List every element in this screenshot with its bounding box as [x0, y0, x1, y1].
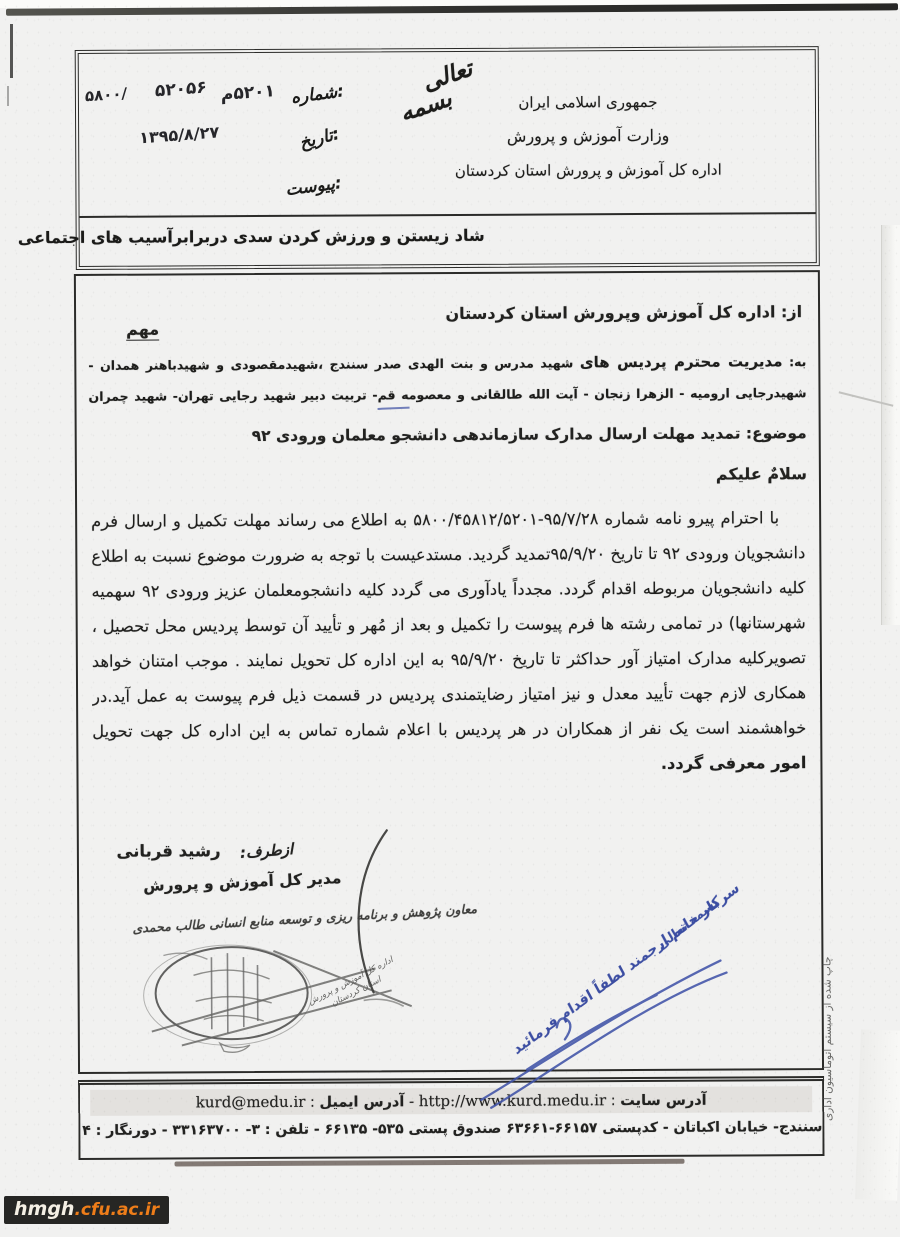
slogan-divider	[80, 212, 816, 218]
greeting: سلامٌ علیکم	[716, 464, 807, 483]
signer-name: رشید قربانی	[116, 841, 220, 861]
paragraph-line: خواهشمند است یک نفر از همکاران در هر پرد…	[92, 710, 806, 749]
recipients-line-1: به: مدیریت محترم پردیس های شهید مدرس و ب…	[88, 346, 806, 381]
signature-line: ازطرف: رشید قربانی	[116, 841, 292, 861]
recipients-block: به: مدیریت محترم پردیس های شهید مدرس و ب…	[88, 346, 806, 412]
attachment-label: پیوست:	[284, 173, 342, 200]
separator: -	[404, 1094, 419, 1110]
handwritten-number-part2: ۵۲۰۵۶	[155, 77, 207, 101]
paragraph-line: تصویرکلیه مدارک امتیاز آور حداکثر تا تار…	[92, 640, 806, 679]
automation-margin-note: چاپ شده از سیستم اتوماسیون اداری	[821, 956, 834, 1166]
to-emphasized: مدیریت محترم پردیس های	[580, 352, 783, 371]
subject-line: موضوع: تمدید مهلت ارسال مدارک سازماندهی …	[252, 424, 807, 445]
paragraph-line: دانشجویان ورودی ۹۲ تا تاریخ ۹۵/۹/۲۰تمدید…	[91, 535, 805, 574]
footer-address-line: سنندج- خیابان اکباتان - کدپستی ۶۶۱۵۷-۶۳۶…	[80, 1119, 822, 1139]
paragraph-line: کلیه دانشجویان مربوطه اقدام گردد. مجدداً…	[91, 570, 805, 609]
to-label: به:	[789, 354, 806, 369]
footer-ink-smear	[175, 1159, 685, 1167]
on-behalf-label: ازطرف:	[239, 840, 293, 862]
letterhead-box: جمهوری اسلامی ایران وزارت آموزش و پرورش …	[75, 46, 820, 270]
watermark-site-bold: hmgh	[14, 1198, 74, 1220]
email-address: kurd@medu.ir	[196, 1093, 306, 1112]
deputy-stamp-text: معاون پژوهش و برنامه ریزی و توسعه منابع …	[137, 901, 477, 936]
slogan: شاد زیستن و ورزش کردن سدی دربرابرآسیب ها…	[175, 226, 485, 247]
watermark-site-rest: .cfu.ac.ir	[74, 1200, 159, 1220]
handwritten-number-part3: /۵۸۰۰	[85, 84, 127, 105]
scanned-letter-page: { "letterhead": { "gov_line1": "جمهوری ا…	[0, 0, 900, 1237]
importance-badge: مهم	[126, 320, 159, 341]
handwritten-number-part1: ۵۲۰۱م	[221, 81, 275, 105]
email-label: آدرس ایمیل	[319, 1094, 404, 1110]
handwritten-date: ۱۳۹۵/۸/۲۷	[139, 122, 219, 147]
date-label: تاریخ:	[297, 124, 341, 153]
separator: :	[305, 1095, 319, 1111]
letter-content: جمهوری اسلامی ایران وزارت آموزش و پرورش …	[0, 0, 900, 1237]
paragraph-line: امور معرفی گردد.	[92, 745, 806, 784]
paragraph-line: با احترام پیرو نامه شماره ۹۵/۷/۲۸-۵۸۰۰/۴…	[91, 500, 805, 539]
paragraph-line: همکاری لازم جهت تأیید معدل و نیز امتیاز …	[92, 675, 806, 714]
watermark-badge: hmgh.cfu.ac.ir	[4, 1196, 169, 1224]
recipients-line-2: شهیدرجایی ارومیه - الزهرا زنجان - آیت ال…	[88, 377, 806, 412]
signer-title: مدیر کل آموزش و پرورش	[143, 869, 342, 895]
blue-pen-signature	[468, 946, 749, 1117]
from-line: از: اداره کل آموزش وپرورش استان کردستان	[445, 302, 802, 323]
paragraph-line: شهرستانها) در تمامی رشته ها فرم پیوست را…	[92, 605, 806, 644]
number-label: شماره:	[290, 81, 345, 108]
main-paragraph: با احترام پیرو نامه شماره ۹۵/۷/۲۸-۵۸۰۰/۴…	[91, 500, 806, 784]
official-stamp: اداره کل آموزش و پرورش استان کردستان	[123, 934, 454, 1056]
